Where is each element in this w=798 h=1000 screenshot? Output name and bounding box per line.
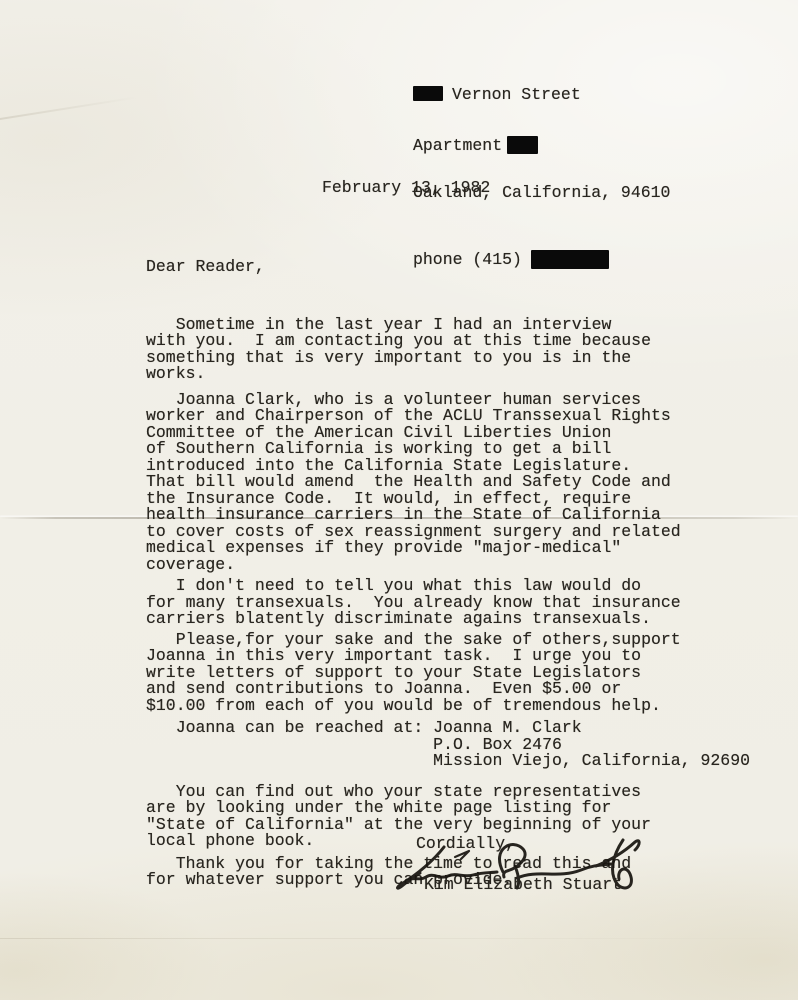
redaction-box-apartment-number	[507, 136, 538, 154]
body-line: carriers blatently discriminate agains t…	[146, 611, 750, 628]
body-line: $10.00 from each of you would be of trem…	[146, 698, 750, 715]
paragraph: I don't need to tell you what this law w…	[146, 578, 750, 628]
salutation: Dear Reader,	[146, 259, 750, 276]
signature-typed-name: Kim Elizabeth Stuart	[424, 877, 622, 894]
body-line: coverage.	[146, 557, 750, 574]
paragraph: Sometime in the last year I had an inter…	[146, 317, 750, 383]
body-line: Mission Viejo, California, 92690	[146, 753, 750, 770]
letter-body: Dear Reader, Sometime in the last year I…	[146, 226, 750, 922]
paragraph: Please,for your sake and the sake of oth…	[146, 632, 750, 715]
paragraph: Joanna Clark, who is a volunteer human s…	[146, 392, 750, 574]
body-line: works.	[146, 366, 750, 383]
body-line: something that is very important to you …	[146, 350, 750, 367]
street-line-text: Vernon Street	[452, 85, 581, 104]
handwritten-signature-scrawl	[360, 838, 662, 906]
letter-page: Vernon Street Apartment Oakland, Califor…	[0, 0, 798, 1000]
apartment-label: Apartment	[413, 136, 502, 155]
date-line: February 13, 1982	[322, 180, 490, 197]
apartment-line: Apartment	[413, 136, 670, 153]
redaction-box-street-number	[413, 86, 443, 101]
paragraphs-container: Sometime in the last year I had an inter…	[146, 317, 750, 889]
body-line: medical expenses if they provide "major-…	[146, 540, 750, 557]
street-line: Vernon Street	[413, 86, 670, 103]
paragraph: Joanna can be reached at: Joanna M. Clar…	[146, 720, 750, 770]
paper-crease-bottom	[0, 938, 798, 939]
paper-crease-top-left	[0, 96, 137, 121]
